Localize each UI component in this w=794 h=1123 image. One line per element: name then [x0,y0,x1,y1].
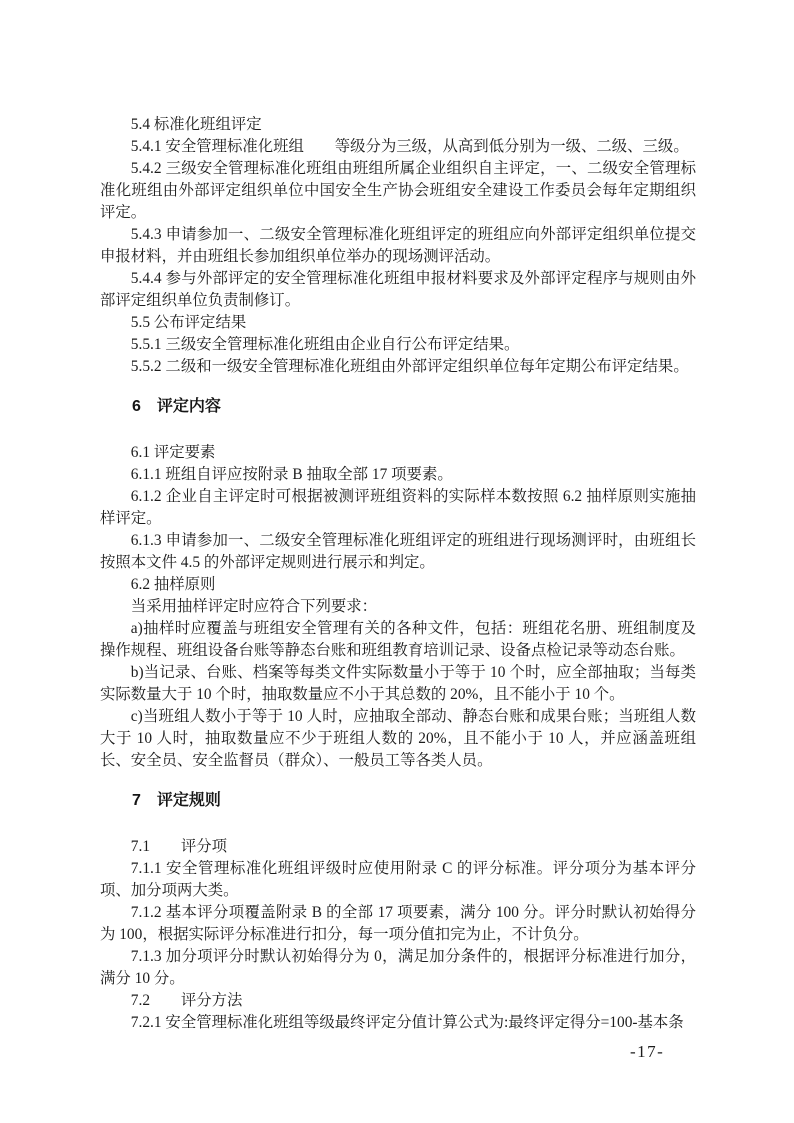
section-heading: 6 评定内容 [100,396,696,418]
paragraph: b)当记录、台账、档案等每类文件实际数量小于等于 10 个时，应全部抽取；当每类… [100,662,696,706]
paragraph: 6.1.2 企业自主评定时可根据被测评班组资料的实际样本数按照 6.2 抽样原则… [100,486,696,530]
paragraph: 5.4.3 申请参加一、二级安全管理标准化班组评定的班组应向外部评定组织单位提交… [100,224,696,268]
document-body: 5.4 标准化班组评定5.4.1 安全管理标准化班组 等级分为三级，从高到低分别… [100,114,696,1034]
paragraph: 5.5.1 三级安全管理标准化班组由企业自行公布评定结果。 [100,334,696,356]
paragraph: 5.4.4 参与外部评定的安全管理标准化班组申报材料要求及外部评定程序与规则由外… [100,268,696,312]
paragraph: 当采用抽样评定时应符合下列要求： [100,596,696,618]
paragraph: 5.4.2 三级安全管理标准化班组由班组所属企业组织自主评定，一、二级安全管理标… [100,158,696,224]
paragraph: 6.1.1 班组自评应按附录 B 抽取全部 17 项要素。 [100,464,696,486]
paragraph: 6.1.3 申请参加一、二级安全管理标准化班组评定的班组进行现场测评时，由班组长… [100,530,696,574]
paragraph: 5.5.2 二级和一级安全管理标准化班组由外部评定组织单位每年定期公布评定结果。 [100,356,696,378]
paragraph: 5.4.1 安全管理标准化班组 等级分为三级，从高到低分别为一级、二级、三级。 [100,136,696,158]
paragraph: 6.1 评定要素 [100,442,696,464]
paragraph: 5.5 公布评定结果 [100,312,696,334]
section-heading: 7 评定规则 [100,790,696,812]
paragraph: a)抽样时应覆盖与班组安全管理有关的各种文件，包括：班组花名册、班组制度及操作规… [100,618,696,662]
paragraph: 7.1.3 加分项评分时默认初始得分为 0，满足加分条件的，根据评分标准进行加分… [100,946,696,990]
paragraph: 5.4 标准化班组评定 [100,114,696,136]
paragraph: 7.1.2 基本评分项覆盖附录 B 的全部 17 项要素，满分 100 分。评分… [100,902,696,946]
paragraph: 7.1 评分项 [100,836,696,858]
paragraph: 7.2 评分方法 [100,990,696,1012]
page-number: -17- [630,1041,664,1063]
document-page: 5.4 标准化班组评定5.4.1 安全管理标准化班组 等级分为三级，从高到低分别… [0,0,794,1123]
paragraph: 6.2 抽样原则 [100,574,696,596]
paragraph: c)当班组人数小于等于 10 人时，应抽取全部动、静态台账和成果台账；当班组人数… [100,706,696,772]
paragraph: 7.1.1 安全管理标准化班组评级时应使用附录 C 的评分标准。评分项分为基本评… [100,858,696,902]
paragraph: 7.2.1 安全管理标准化班组等级最终评定分值计算公式为:最终评定得分=100-… [100,1012,696,1034]
